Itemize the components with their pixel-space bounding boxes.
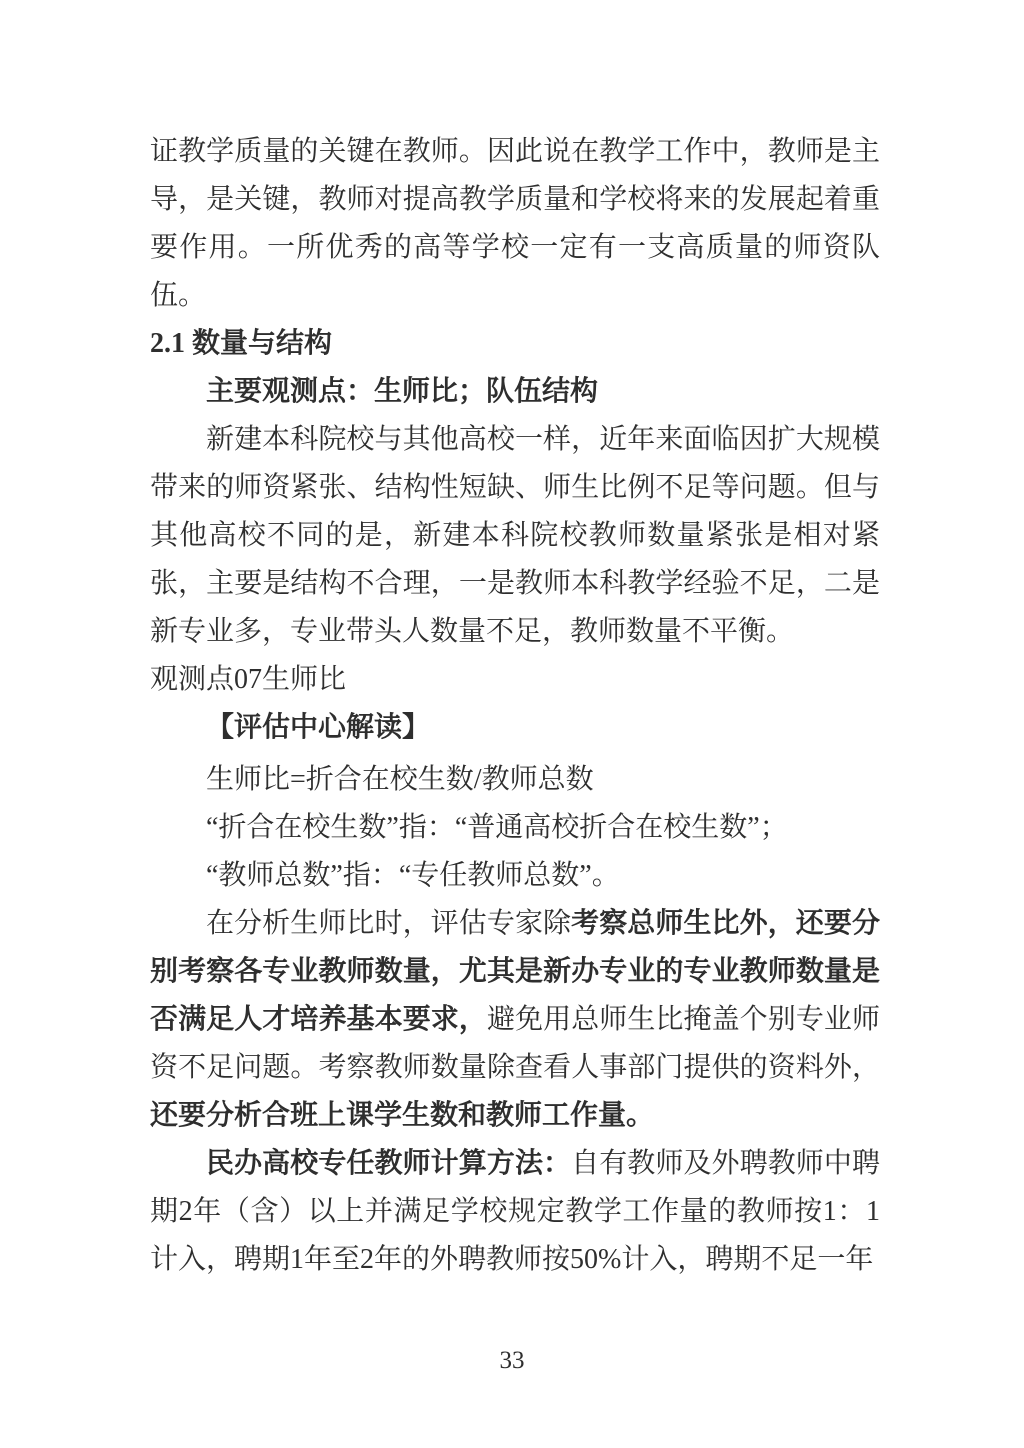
interpretation-heading: 【评估中心解读】	[150, 704, 880, 752]
text-run: 民办高校专任教师计算方法：	[206, 1148, 571, 1179]
section-intro-paragraph: 新建本科院校与其他高校一样，近年来面临因扩大规模带来的师资紧张、结构性短缺、师生…	[150, 416, 880, 656]
page-content: 证教学质量的关键在教师。因此说在教学工作中，教师是主导，是关键，教师对提高教学质…	[150, 128, 880, 1284]
paragraph-continuation: 证教学质量的关键在教师。因此说在教学工作中，教师是主导，是关键，教师对提高教学质…	[150, 128, 880, 320]
formula-line: 生师比=折合在校生数/教师总数	[150, 756, 880, 804]
page-number: 33	[0, 1346, 1024, 1376]
method-paragraph: 民办高校专任教师计算方法：自有教师及外聘教师中聘期2年（含）以上并满足学校规定教…	[150, 1140, 880, 1284]
section-heading: 2.1 数量与结构	[150, 320, 880, 368]
observation-points-label: 主要观测点：生师比；队伍结构	[150, 368, 880, 416]
formula-block: 生师比=折合在校生数/教师总数 “折合在校生数”指：“普通高校折合在校生数”； …	[150, 756, 880, 900]
text-run: 还要分析合班上课学生数和教师工作量。	[150, 1100, 654, 1131]
definition-line-1: “折合在校生数”指：“普通高校折合在校生数”；	[150, 804, 880, 852]
document-page: 证教学质量的关键在教师。因此说在教学工作中，教师是主导，是关键，教师对提高教学质…	[0, 0, 1024, 1448]
definition-line-2: “教师总数”指：“专任教师总数”。	[150, 852, 880, 900]
analysis-paragraph: 在分析生师比时，评估专家除考察总师生比外，还要分别考察各专业教师数量，尤其是新办…	[150, 900, 880, 1140]
text-run: 在分析生师比时，评估专家除	[206, 908, 571, 939]
observation-point-heading: 观测点07生师比	[150, 656, 880, 704]
